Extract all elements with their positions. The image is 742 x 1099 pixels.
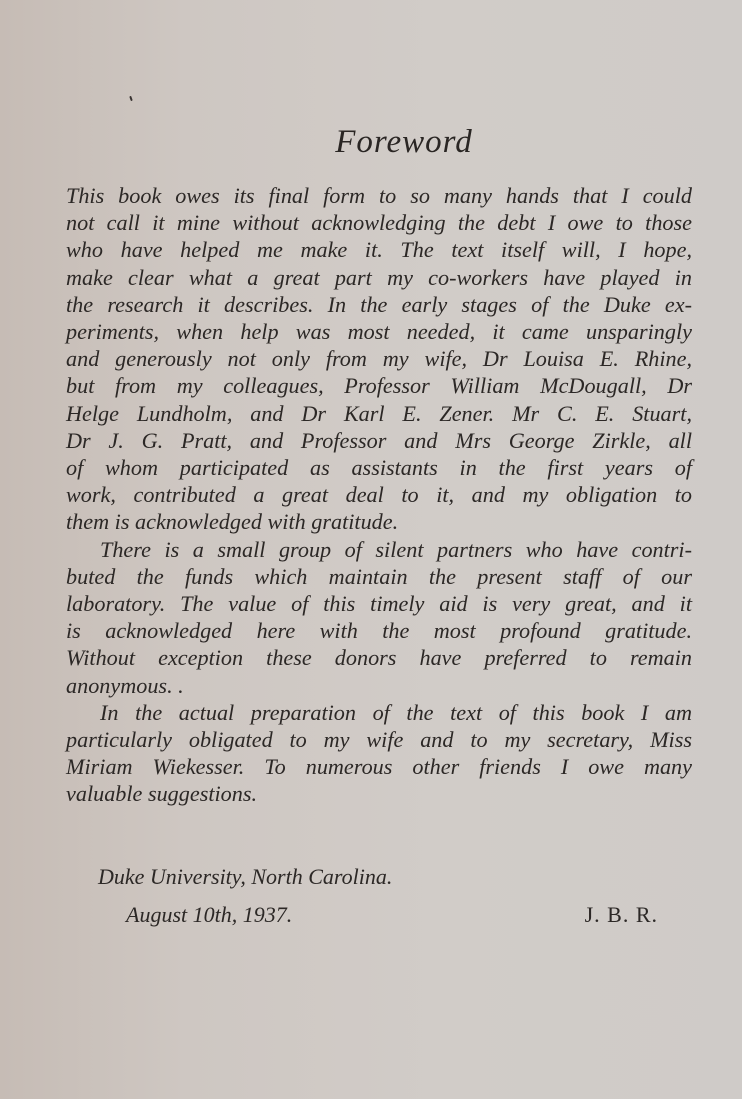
paragraph-1: This book owes its final form to so many… [66,182,692,536]
text-line: is acknowledged here with the most profo… [66,617,692,644]
foreword-page: Foreword This book owes its final form t… [66,118,692,808]
text-line: buted the funds which maintain the prese… [66,563,692,590]
text-line: This book owes its final form to so many… [66,182,692,209]
text-line: Dr J. G. Pratt, and Professor and Mrs Ge… [66,427,692,454]
text-line: make clear what a great part my co-worke… [66,264,692,291]
signoff-place: Duke University, North Carolina. [98,858,658,896]
signoff: Duke University, North Carolina. August … [98,858,658,934]
text-line: the research it describes. In the early … [66,291,692,318]
text-line: valuable suggestions. [66,780,692,807]
text-line: but from my colleagues, Professor Willia… [66,372,692,399]
text-line: In the actual preparation of the text of… [66,699,692,726]
text-line: laboratory. The value of this timely aid… [66,590,692,617]
text-line: There is a small group of silent partner… [66,536,692,563]
paragraph-2: There is a small group of silent partner… [66,536,692,699]
text-line: not call it mine without acknowledging t… [66,209,692,236]
text-line: periments, when help was most needed, it… [66,318,692,345]
text-line: them is acknowledged with gratitude. [66,508,692,535]
signoff-initials: J. B. R. [585,896,658,934]
paragraph-3: In the actual preparation of the text of… [66,699,692,808]
text-line: particularly obligated to my wife and to… [66,726,692,753]
paper-speck [129,96,133,101]
text-line: who have helped me make it. The text its… [66,236,692,263]
text-line: anonymous. . [66,672,692,699]
signoff-date-row: August 10th, 1937. J. B. R. [98,896,658,934]
text-line: of whom participated as assistants in th… [66,454,692,481]
text-line: Helge Lundholm, and Dr Karl E. Zener. Mr… [66,400,692,427]
text-line: Miriam Wiekesser. To numerous other frie… [66,753,692,780]
signoff-date: August 10th, 1937. [126,896,292,934]
text-line: work, contributed a great deal to it, an… [66,481,692,508]
page-title: Foreword [66,118,692,166]
text-line: Without exception these donors have pref… [66,644,692,671]
text-line: and generously not only from my wife, Dr… [66,345,692,372]
